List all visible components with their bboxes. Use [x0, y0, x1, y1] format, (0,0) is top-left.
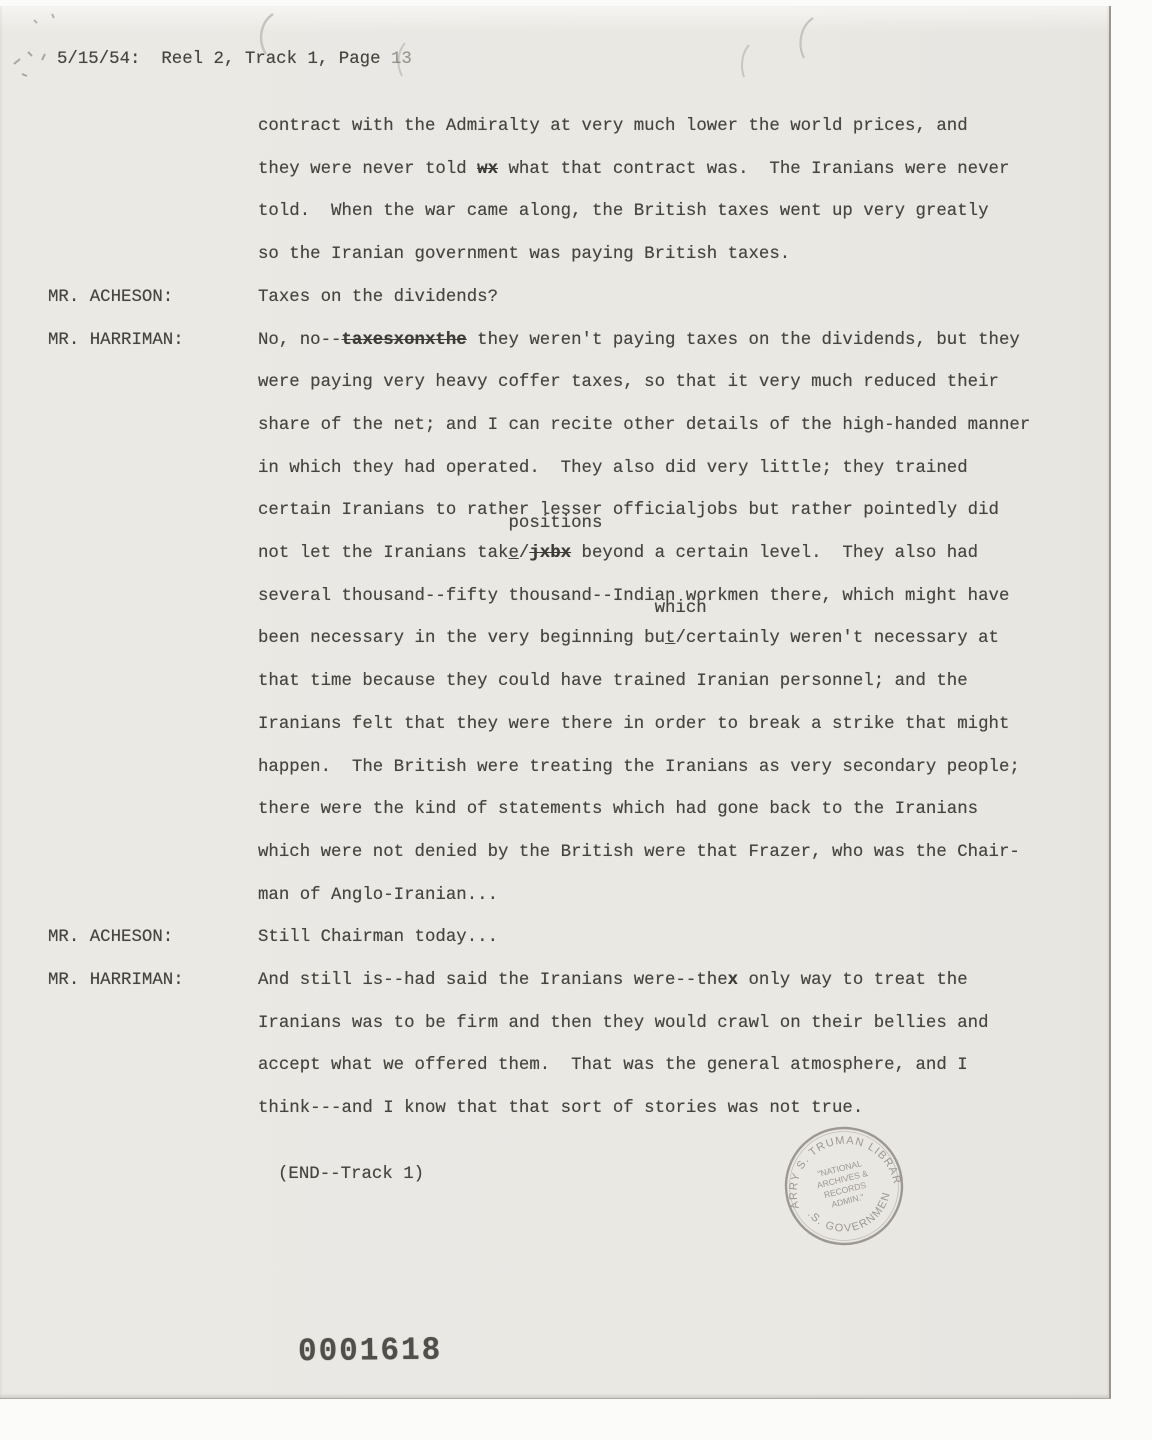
line-text: Still Chairman today...	[258, 928, 498, 947]
transcript-line: certain Iranians to rather lesser offici…	[258, 490, 1078, 533]
speaker-label: MR. ACHESON:	[48, 917, 258, 960]
typed-over-char: x	[728, 971, 738, 990]
line-text: contract with the Admiralty at very much…	[258, 117, 968, 136]
line-text: beyond a certain level. They also had	[571, 544, 978, 563]
transcript-line: contract with the Admiralty at very much…	[258, 106, 1078, 149]
transcript-line: whichbeen necessary in the very beginnin…	[258, 618, 1078, 661]
line-text: share of the net; and I can recite other…	[258, 416, 1030, 435]
line-text: which were not denied by the British wer…	[258, 843, 1020, 862]
line-text: Iranians was to be firm and then they wo…	[258, 1014, 989, 1033]
transcript-line: think---and I know that that sort of sto…	[258, 1088, 1078, 1131]
line-text: they were never told	[258, 160, 477, 179]
line-text: man of Anglo-Iranian...	[258, 886, 498, 905]
interlinear-insertion: positions	[508, 514, 602, 533]
line-text: that time because they could have traine…	[258, 672, 968, 691]
turn-lines: And still is--had said the Iranians were…	[258, 960, 1078, 1131]
interlinear-insertion: which	[655, 599, 707, 618]
line-text: been necessary in the very beginning bu	[258, 629, 665, 648]
transcript-line: told. When the war came along, the Briti…	[258, 191, 1078, 234]
speaker-label: MR. HARRIMAN:	[48, 960, 258, 1003]
transcript-line: were paying very heavy coffer taxes, so …	[258, 362, 1078, 405]
line-text: /certainly weren't necessary at	[675, 629, 999, 648]
transcript-line: No, no--taxesxonxthe they weren't paying…	[258, 320, 1078, 363]
line-text: they weren't paying taxes on the dividen…	[467, 331, 1020, 350]
line-text: And still is--had said the Iranians were…	[258, 971, 728, 990]
transcript: contract with the Admiralty at very much…	[48, 106, 1078, 1197]
line-text: what that contract was. The Iranians wer…	[498, 160, 1009, 179]
truman-library-stamp: HARRY S. TRUMAN LIBRARY U.S. GOVERNMENT …	[781, 1123, 907, 1249]
document-serial-number: 0001618	[298, 1332, 443, 1370]
stamp-center-text: "NATIONAL ARCHIVES & RECORDS ADMIN."	[813, 1157, 874, 1211]
transcript-line: share of the net; and I can recite other…	[258, 405, 1078, 448]
line-text: happen. The British were treating the Ir…	[258, 758, 1020, 777]
line-text: not let the Iranians tak	[258, 544, 508, 563]
transcript-turn: MR. HARRIMAN: No, no--taxesxonxthe they …	[48, 320, 1078, 918]
transcript-line: Still Chairman today...	[258, 917, 1078, 960]
overstruck-text: taxesxonxthe	[342, 331, 467, 350]
line-text: only way to treat the	[738, 971, 968, 990]
line-text: No, no--	[258, 331, 342, 350]
transcript-line: that time because they could have traine…	[258, 661, 1078, 704]
line-text: certain Iranians to rather lesser offici…	[258, 501, 999, 520]
header-page-number: 13	[391, 50, 412, 69]
line-text: several thousand--fifty thousand--Indian…	[258, 587, 1009, 606]
turn-lines: Still Chairman today...	[258, 917, 1078, 960]
caret-underlined-char: t	[665, 629, 675, 648]
transcript-line: happen. The British were treating the Ir…	[258, 747, 1078, 790]
turn-lines: contract with the Admiralty at very much…	[258, 106, 1078, 277]
line-text: in which they had operated. They also di…	[258, 459, 968, 478]
transcript-line: they were never told wx what that contra…	[258, 149, 1078, 192]
transcript-line: man of Anglo-Iranian...	[258, 875, 1078, 918]
transcript-line: there were the kind of statements which …	[258, 789, 1078, 832]
transcript-line: And still is--had said the Iranians were…	[258, 960, 1078, 1003]
speaker-label: MR. ACHESON:	[48, 277, 258, 320]
transcript-line: in which they had operated. They also di…	[258, 448, 1078, 491]
line-text: told. When the war came along, the Briti…	[258, 202, 989, 221]
transcript-line: Taxes on the dividends?	[258, 277, 1078, 320]
transcript-line: which were not denied by the British wer…	[258, 832, 1078, 875]
caret-underlined-char: e	[508, 544, 518, 563]
transcript-turn: contract with the Admiralty at very much…	[48, 106, 1078, 277]
line-text: think---and I know that that sort of sto…	[258, 1099, 863, 1118]
transcript-line: accept what we offered them. That was th…	[258, 1045, 1078, 1088]
turn-lines: No, no--taxesxonxthe they weren't paying…	[258, 320, 1078, 918]
transcript-turn: MR. HARRIMAN: And still is--had said the…	[48, 960, 1078, 1131]
line-text: there were the kind of statements which …	[258, 800, 978, 819]
transcript-turn: MR. ACHESON: Still Chairman today...	[48, 917, 1078, 960]
transcript-line: Iranians was to be firm and then they wo…	[258, 1003, 1078, 1046]
line-text: so the Iranian government was paying Bri…	[258, 245, 790, 264]
transcript-line: positionsnot let the Iranians take/jxbx …	[258, 533, 1078, 576]
line-text: accept what we offered them. That was th…	[258, 1056, 968, 1075]
transcript-line: so the Iranian government was paying Bri…	[258, 234, 1078, 277]
insertion-slash: /	[519, 544, 529, 563]
line-text: Taxes on the dividends?	[258, 288, 498, 307]
end-of-track-note: (END--Track 1)	[48, 1154, 1078, 1197]
page-header: 5/15/54: Reel 2, Track 1, Page 13	[57, 50, 412, 69]
line-text: Iranians felt that they were there in or…	[258, 715, 1009, 734]
overstruck-text: jxbx	[529, 544, 571, 563]
header-text: 5/15/54: Reel 2, Track 1, Page	[57, 50, 391, 69]
speaker-label: MR. HARRIMAN:	[48, 320, 258, 363]
overstruck-text: wx	[477, 160, 498, 179]
turn-lines: Taxes on the dividends?	[258, 277, 1078, 320]
transcript-line: Iranians felt that they were there in or…	[258, 704, 1078, 747]
transcript-turn: MR. ACHESON: Taxes on the dividends?	[48, 277, 1078, 320]
line-text: were paying very heavy coffer taxes, so …	[258, 373, 999, 392]
